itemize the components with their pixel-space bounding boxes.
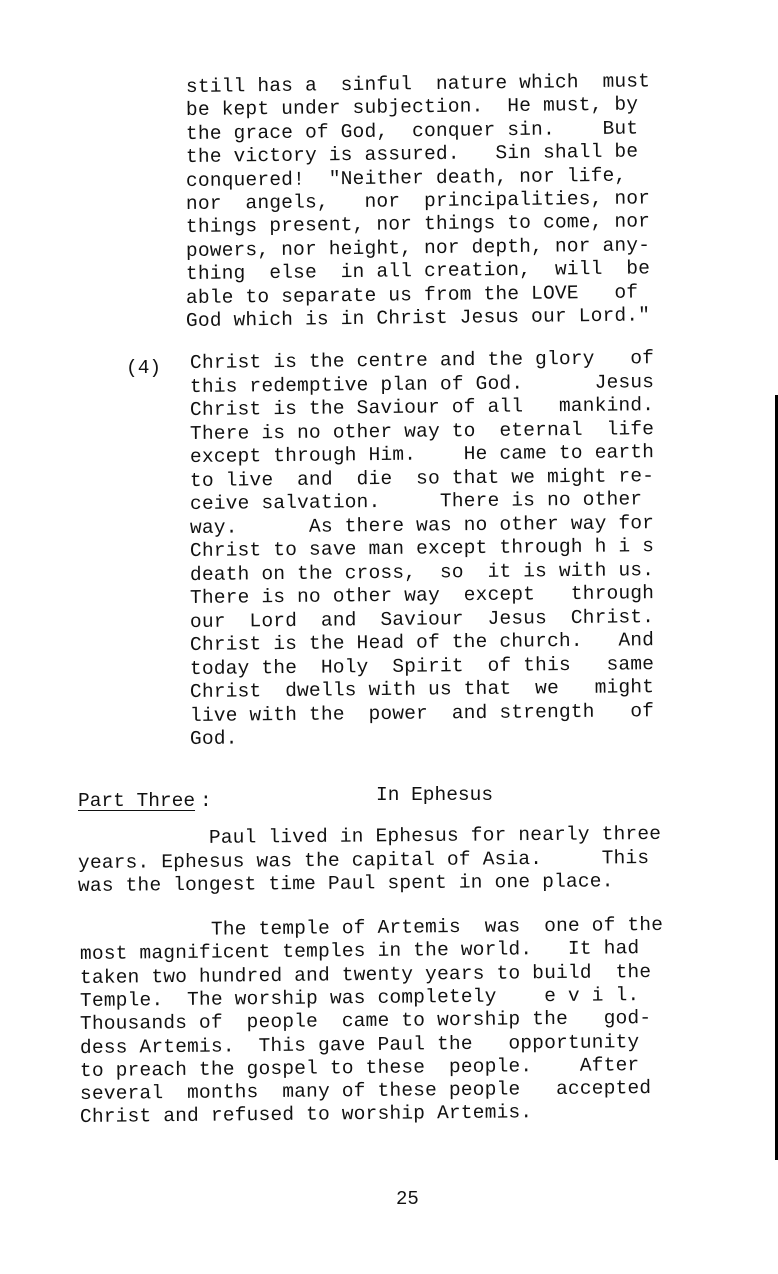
text-line: ceive salvation. There is no other xyxy=(190,488,642,516)
text-line: God which is in Christ Jesus our Lord." xyxy=(186,304,650,333)
text-line: Christ is the centre and the glory of xyxy=(190,347,654,375)
text-line: Christ and refused to worship Artemis. xyxy=(80,1102,532,1130)
text-line: Christ to save man except through h i s xyxy=(190,535,654,563)
text-line: live with the power and strength of xyxy=(190,700,654,728)
page-number: 25 xyxy=(396,1188,419,1210)
text-line: God. xyxy=(190,728,238,751)
text-line: Christ is the Head of the church. And xyxy=(190,629,654,657)
text-line: was the longest time Paul spent in one p… xyxy=(78,870,614,898)
text-line: except through Him. He came to earth xyxy=(190,441,654,469)
text-line: Christ is the Saviour of all mankind. xyxy=(190,394,654,422)
text-line: There is no other way except through xyxy=(190,582,654,610)
section-label-text: Part Three xyxy=(78,790,195,812)
section-title: In Ephesus xyxy=(376,784,493,806)
text-line: Christ dwells with us that we might xyxy=(190,676,654,704)
text-line: several months many of these people acce… xyxy=(80,1077,652,1106)
section-label: Part Three xyxy=(78,790,195,812)
point-number: (4) xyxy=(126,357,161,379)
section-label-colon: : xyxy=(200,790,212,812)
